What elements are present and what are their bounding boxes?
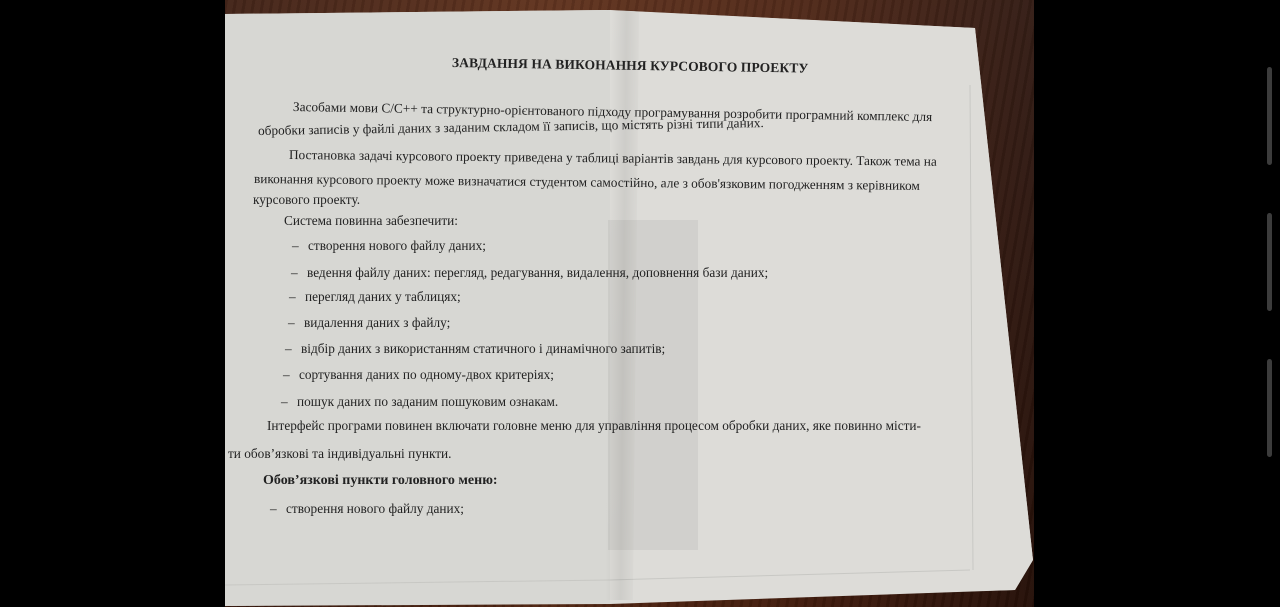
requirement-text: ведення файлу даних: перегляд, редагуван… — [307, 265, 768, 280]
image-viewer: ЗАВДАННЯ НА ВИКОНАННЯ КУРСОВОГО ПРОЕКТУ … — [0, 0, 1280, 607]
requirements-intro: Система повинна забезпечити: — [284, 213, 458, 229]
requirement-text: створення нового файлу даних; — [308, 238, 486, 253]
requirement-text: пошук даних по заданим пошуковим ознакам… — [297, 394, 558, 409]
dash-bullet: – — [270, 501, 286, 517]
dash-bullet: – — [288, 315, 304, 331]
paper-sheet: ЗАВДАННЯ НА ВИКОНАННЯ КУРСОВОГО ПРОЕКТУ … — [225, 0, 1034, 607]
requirement-text: видалення даних з файлу; — [304, 315, 450, 330]
paragraph-2-line-3: курсового проекту. — [253, 192, 360, 208]
scroll-indicator[interactable] — [1267, 213, 1272, 311]
dash-bullet: – — [281, 394, 297, 410]
requirement-item: –пошук даних по заданим пошуковим ознака… — [281, 394, 558, 410]
dash-bullet: – — [283, 367, 299, 383]
requirement-item: –сортування даних по одному-двох критері… — [283, 367, 554, 383]
requirement-item: –створення нового файлу даних; — [292, 238, 486, 254]
requirement-text: перегляд даних у таблицях; — [305, 289, 461, 304]
scroll-indicator[interactable] — [1267, 359, 1272, 457]
requirement-item: –видалення даних з файлу; — [288, 315, 450, 331]
requirement-item: –перегляд даних у таблицях; — [289, 289, 461, 305]
paragraph-3-line-1: Інтерфейс програми повинен включати голо… — [267, 418, 921, 434]
dash-bullet: – — [291, 265, 307, 281]
scroll-indicator[interactable] — [1267, 67, 1272, 165]
mandatory-menu-heading: Обов’язкові пункти головного меню: — [263, 473, 498, 489]
requirement-text: відбір даних з використанням статичного … — [301, 341, 665, 356]
requirement-item: –відбір даних з використанням статичного… — [285, 341, 665, 357]
dash-bullet: – — [292, 238, 308, 254]
document-photo: ЗАВДАННЯ НА ВИКОНАННЯ КУРСОВОГО ПРОЕКТУ … — [225, 0, 1034, 607]
dash-bullet: – — [285, 341, 301, 357]
requirement-text: сортування даних по одному-двох критерія… — [299, 367, 554, 382]
mandatory-item: –створення нового файлу даних; — [270, 501, 464, 517]
mandatory-item-text: створення нового файлу даних; — [286, 501, 464, 516]
dash-bullet: – — [289, 289, 305, 305]
requirement-item: –ведення файлу даних: перегляд, редагува… — [291, 265, 768, 281]
paragraph-3-line-2: ти обов’язкові та індивідуальні пункти. — [228, 446, 452, 462]
